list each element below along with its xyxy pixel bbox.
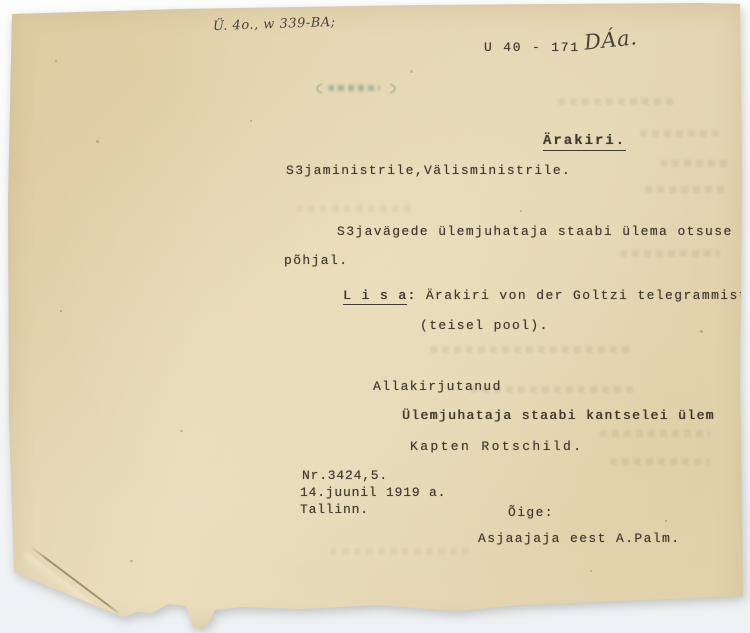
bleed-through-smudge (610, 458, 710, 465)
doc-date: 14.juunil 1919 a. (300, 485, 446, 500)
signed-label: Allakirjutanud (373, 379, 502, 394)
lisa-line: L i s a: Ärakiri von der Goltzi telegram… (343, 288, 748, 303)
paper-fleck (250, 120, 252, 122)
paper-fleck (700, 330, 703, 333)
body-line-2: põhjal. (284, 253, 348, 268)
signer-title: Ülemjuhataja staabi kantselei ülem (402, 408, 715, 423)
paper-fleck (180, 430, 183, 432)
bleed-through-smudge (620, 250, 720, 257)
fold-crease (29, 545, 121, 615)
fold-crease-highlight (21, 552, 121, 630)
doc-number: Nr.3424,5. (302, 468, 388, 483)
body-line-1: S3javägede ülemjuhataja staabi ülema ots… (337, 224, 733, 239)
paper-fleck (130, 560, 133, 562)
bleed-through-smudge (640, 130, 720, 137)
lisa-text: Ärakiri von der Goltzi telegrammist (417, 288, 748, 303)
scan-background: Ü. 4o., w 339-BA; U 40 - 171 DÁa. Ärakir… (0, 0, 750, 633)
paper-fleck (55, 60, 57, 62)
paper-fleck (410, 70, 413, 73)
handwritten-initials: DÁa. (583, 25, 638, 54)
bleed-through-smudge (645, 186, 729, 193)
bleed-through-smudge (330, 548, 470, 555)
certified-label: Õige: (508, 505, 554, 520)
lisa-colon: : (407, 288, 416, 303)
paper-fleck (96, 140, 99, 143)
paper: Ü. 4o., w 339-BA; U 40 - 171 DÁa. Ärakir… (0, 0, 750, 633)
lisa-label: L i s a (343, 288, 407, 305)
paper-shadow: Ü. 4o., w 339-BA; U 40 - 171 DÁa. Ärakir… (0, 0, 750, 633)
lisa-continuation: (teisel pool). (420, 318, 549, 333)
typed-ref: U 40 - 171 (484, 40, 580, 55)
bleed-through-smudge (430, 346, 630, 353)
signer-name: Kapten Rotschild. (410, 439, 583, 454)
handwritten-ref: Ü. 4o., w 339-BA; (213, 15, 336, 34)
certified-by: Asjaajaja eest A.Palm. (478, 531, 680, 546)
bleed-through-smudge (660, 160, 728, 167)
doc-place: Tallinn. (300, 502, 369, 517)
faint-stamp-text (328, 85, 380, 91)
bleed-through-smudge (558, 98, 678, 105)
addressees-line: S3jaministrile,Välisministrile. (286, 163, 571, 178)
bleed-through-smudge (296, 205, 416, 212)
paper-fleck (60, 310, 62, 312)
letter-title-text: Ärakiri. (543, 133, 626, 151)
letter-title: Ärakiri. (543, 133, 626, 149)
faint-stamp (316, 78, 396, 99)
paper-fleck (590, 570, 592, 572)
bleed-through-smudge (600, 430, 710, 437)
paper-fleck (665, 520, 667, 522)
paper-fleck (520, 210, 522, 212)
